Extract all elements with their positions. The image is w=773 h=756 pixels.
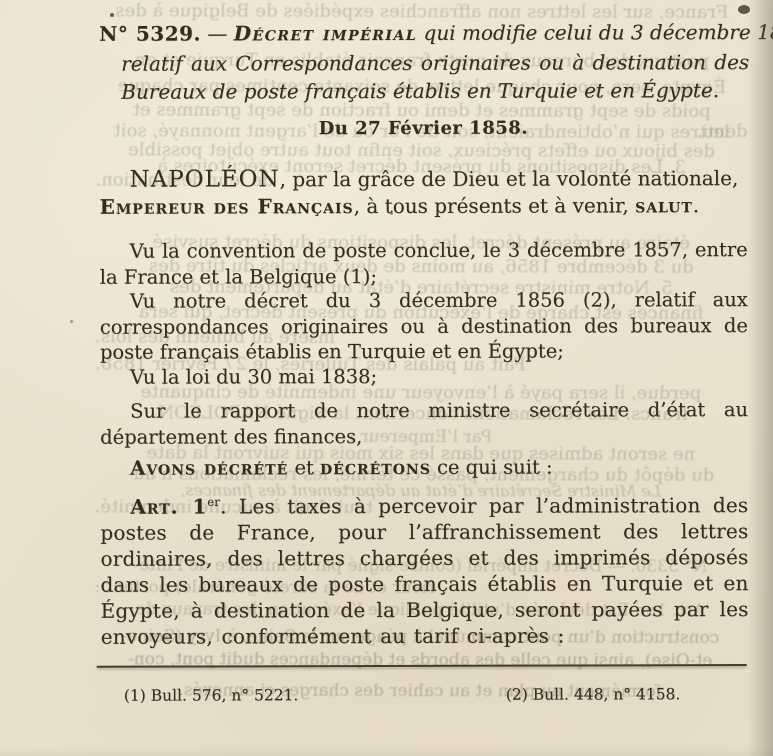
ink-speck [110, 13, 114, 17]
decretons-smallcaps: décrétons [320, 456, 431, 479]
paragraph-avons-decrete: Avons décrété et décrétons ce qui suit : [100, 454, 748, 481]
avons-decrete-smallcaps: Avons décrété [130, 456, 288, 479]
ink-speck [390, 212, 393, 215]
emperor-title: Empereur des Français [100, 194, 354, 219]
footnote-1: (1) Bull. 576, n° 5221. [124, 686, 299, 704]
page-bottom-shadow [0, 746, 773, 756]
decree-title-smallcaps: Décret impérial [234, 21, 418, 45]
paragraph-rapport: Sur le rapport de notre ministre secréta… [100, 397, 748, 450]
decree-rest: ce qui suit : [431, 456, 553, 479]
paragraph-article-1: Art. 1er. Les taxes à percevoir par l’ad… [100, 492, 748, 650]
salutation-line2: Empereur des Français, à tous présents e… [100, 193, 760, 219]
ink-speck [70, 320, 73, 323]
decree-date: Du 27 Février 1858. [99, 117, 747, 140]
emperor-name: NAPOLÉON [129, 166, 279, 192]
decree-title-rest: qui modifie celui du 3 décembre 1856, [424, 20, 773, 45]
salut-word: salut [635, 193, 693, 217]
salutation-end: . [693, 193, 699, 217]
text-layer: N° 5329. — Décret impérial qui modifie c… [0, 0, 773, 756]
article-label: Art. 1 [130, 494, 207, 518]
paragraph-loi-1838: Vu la loi du 30 mai 1838; [100, 363, 748, 390]
decree-mid: et [288, 456, 320, 479]
article-ordinal: er [207, 495, 220, 509]
ink-speck [738, 5, 750, 14]
decree-heading-continuation: relatif aux Correspondances originaires … [121, 48, 749, 106]
decree-number: N° 5329. [99, 21, 201, 45]
heading-dash: — [207, 21, 227, 45]
scanned-decree-page: France, sur les lettres non affranchies … [0, 0, 773, 756]
salutation-line1: NAPOLÉON, par la grâce de Dieu et la vol… [99, 165, 759, 193]
salutation-rest: , par la grâce de Dieu et la volonté nat… [280, 166, 739, 191]
salutation-mid: , à tous présents et à venir, [354, 193, 635, 218]
decree-heading-line1: N° 5329. — Décret impérial qui modifie c… [99, 20, 759, 46]
footnote-separator-rule [97, 664, 747, 668]
footnote-2: (2) Bull. 448, n° 4158. [506, 685, 681, 703]
paragraph-decret-1856: Vu notre décret du 3 décembre 1856 (2), … [100, 287, 748, 365]
paragraph-convention: Vu la convention de poste conclue, le 3 … [100, 237, 748, 290]
